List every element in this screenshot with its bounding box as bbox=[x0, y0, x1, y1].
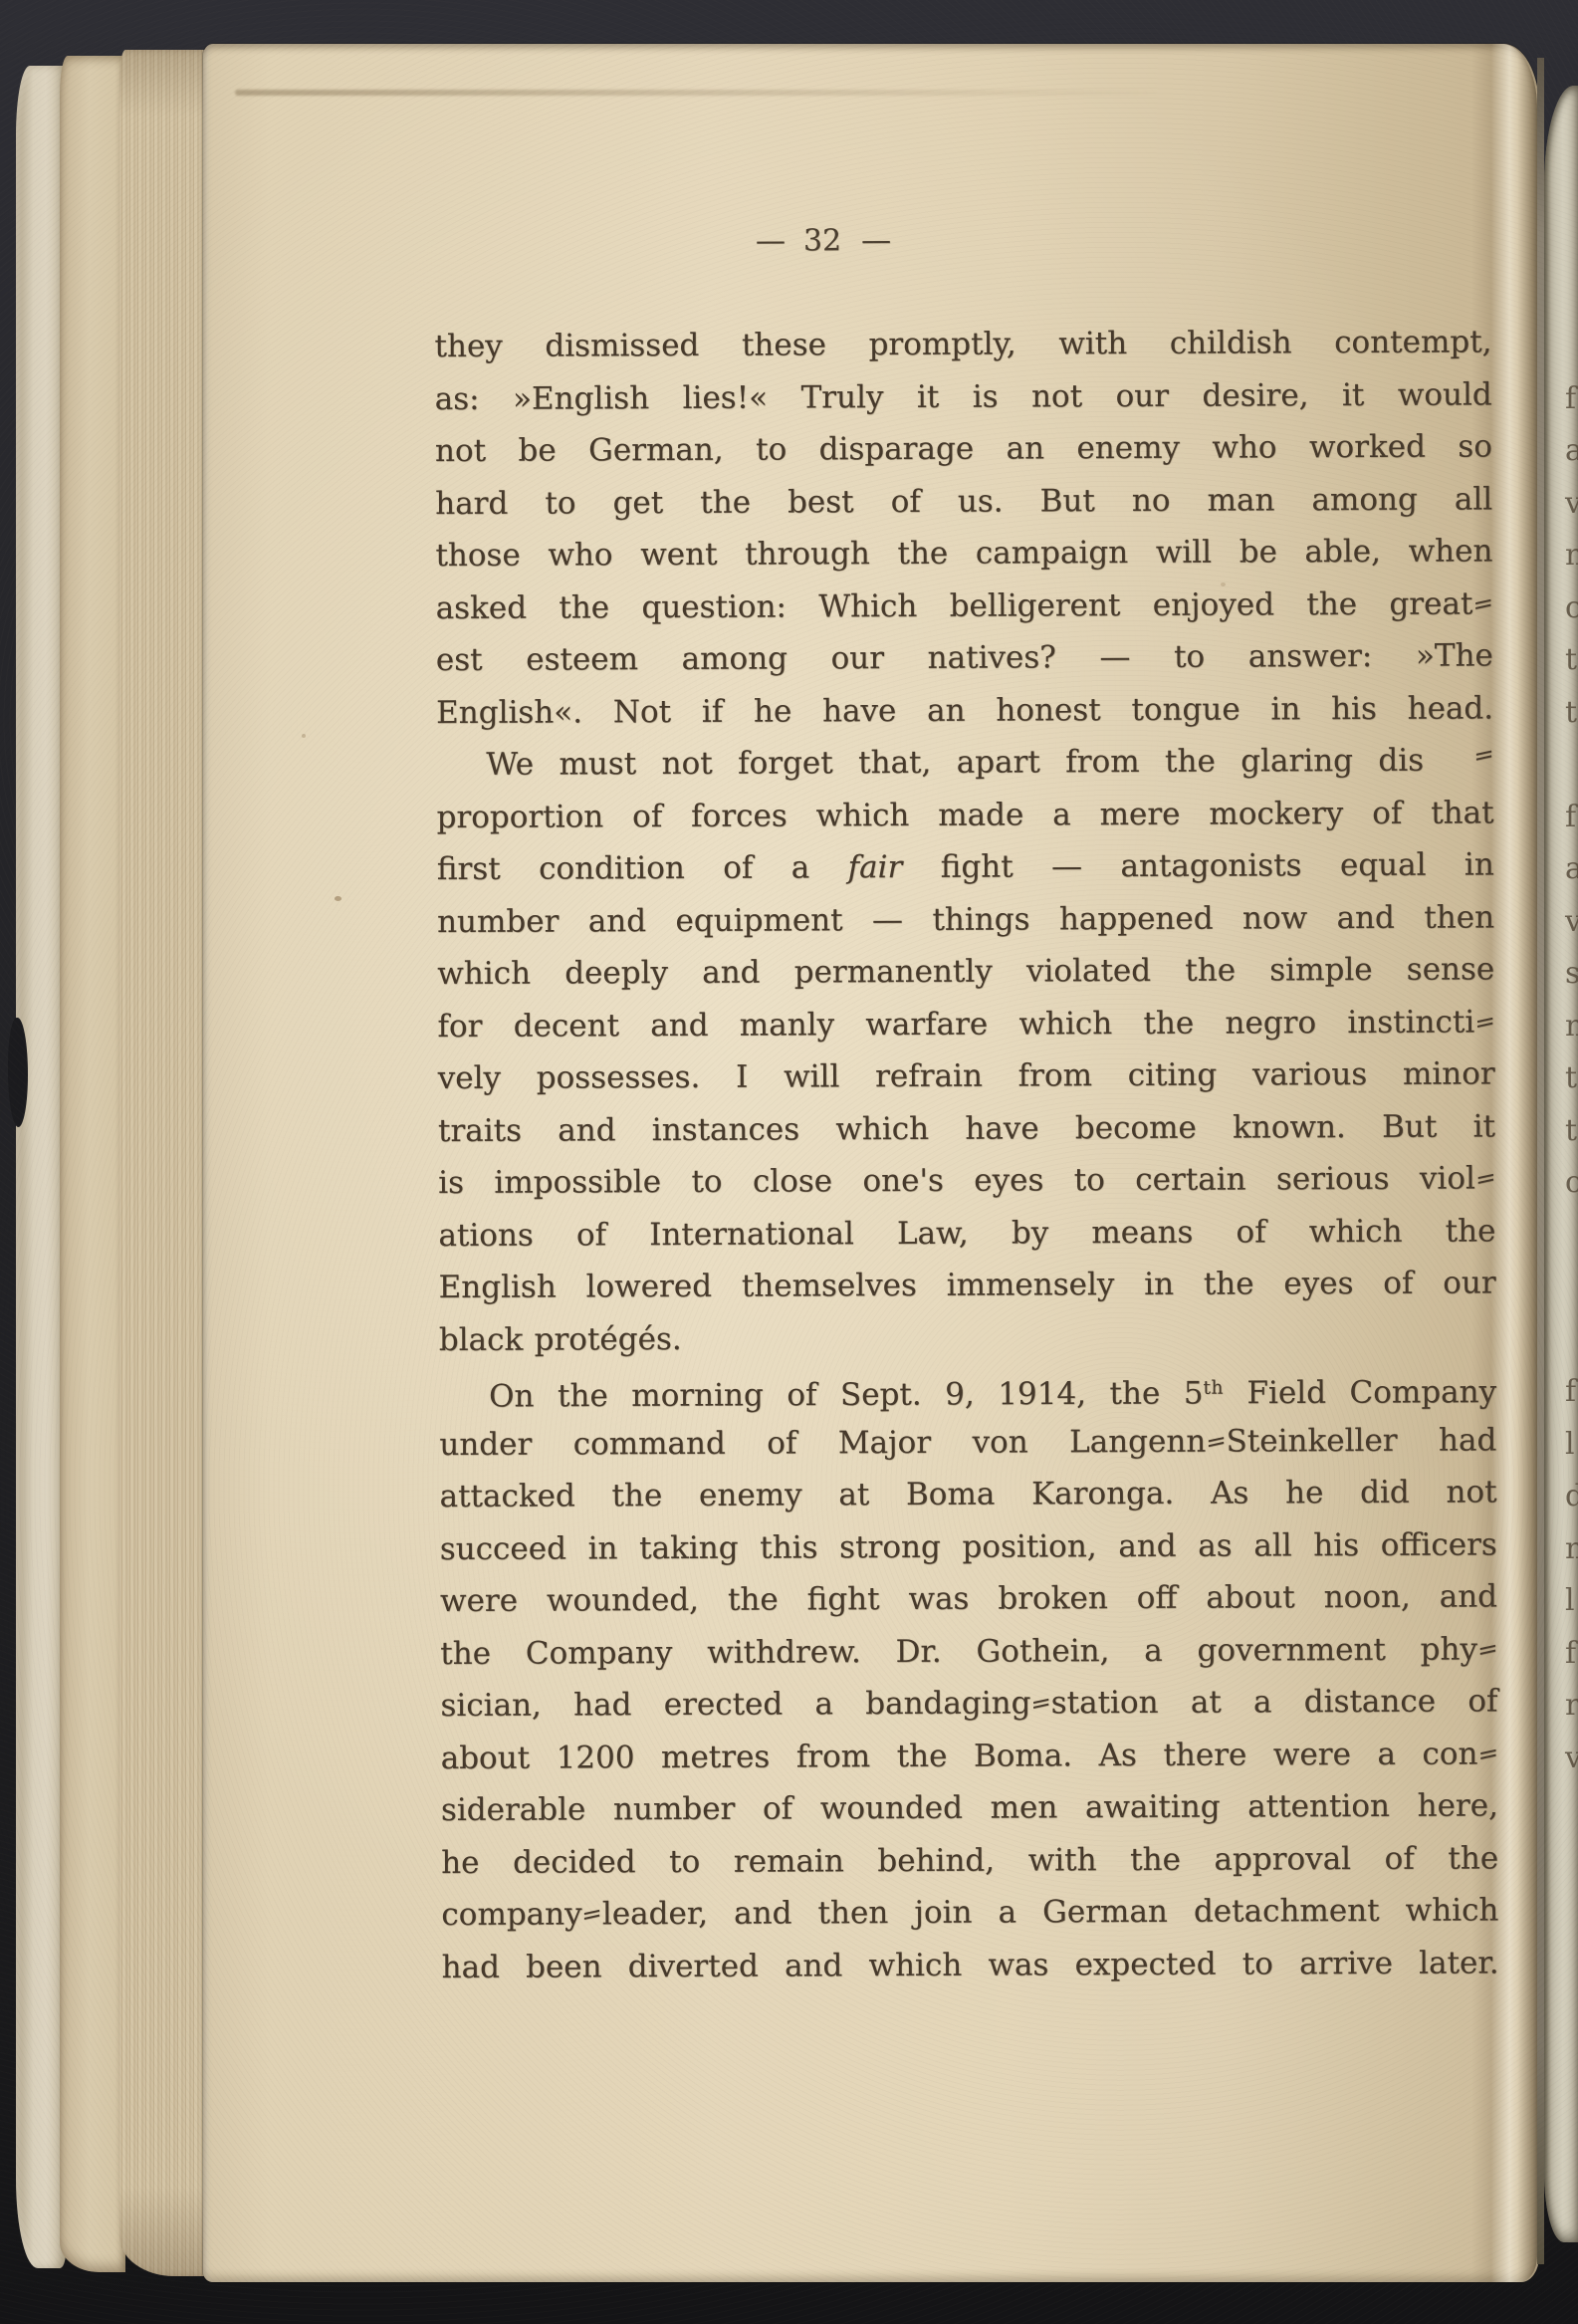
text-line: black protégés. bbox=[439, 1309, 1496, 1366]
text-line: We must not forget that, apart from the … bbox=[436, 734, 1493, 791]
text-line: proportion of forces which made a mere m… bbox=[436, 787, 1493, 843]
double-oblique-hyphen: = bbox=[582, 1900, 602, 1929]
text-line: asked the question: Which belligerent en… bbox=[436, 578, 1493, 634]
text-line: is impossible to close one's eyes to cer… bbox=[438, 1152, 1495, 1209]
double-oblique-hyphen: = bbox=[1030, 1689, 1050, 1718]
page-number: —32— bbox=[434, 222, 1211, 260]
double-oblique-hyphen: = bbox=[1424, 741, 1493, 780]
text-line: number and equipment — things happened n… bbox=[437, 891, 1494, 948]
text-line: those who went through the campaign will… bbox=[435, 525, 1492, 581]
scanned-book-photo: { "page": { "number": "32", "dash_left":… bbox=[0, 0, 1578, 2324]
text-line: English«. Not if he have an honest tongu… bbox=[436, 682, 1493, 739]
text-line: On the morning of Sept. 9, 1914, the 5th… bbox=[439, 1361, 1496, 1418]
italic-word: fair bbox=[848, 849, 903, 885]
double-oblique-hyphen: = bbox=[1472, 589, 1492, 618]
text-line: siderable number of wounded men awaiting… bbox=[441, 1779, 1498, 1836]
body-text-block: they dismissed these promptly, with chil… bbox=[434, 316, 1498, 1993]
double-oblique-hyphen: = bbox=[1206, 1427, 1226, 1456]
text-line: traits and instances which have become k… bbox=[438, 1100, 1495, 1157]
text-line: hard to get the best of us. But no man a… bbox=[435, 473, 1492, 530]
text-line: had been diverted and which was expected… bbox=[441, 1937, 1498, 1993]
text-line: succeed in taking this strong position, … bbox=[440, 1518, 1497, 1575]
text-line: est esteem among our natives? — to answe… bbox=[436, 629, 1493, 686]
superscript-ordinal: th bbox=[1203, 1378, 1224, 1399]
double-oblique-hyphen: = bbox=[1477, 1740, 1497, 1768]
text-line: they dismissed these promptly, with chil… bbox=[434, 316, 1491, 372]
text-line: about 1200 metres from the Boma. As ther… bbox=[441, 1728, 1498, 1784]
text-line: which deeply and permanently violated th… bbox=[437, 943, 1494, 1000]
double-oblique-hyphen: = bbox=[1477, 1635, 1497, 1664]
text-line: English lowered themselves immensely in … bbox=[439, 1257, 1496, 1313]
page-number-value: 32 bbox=[803, 223, 841, 258]
text-line: company=leader, and then join a German d… bbox=[441, 1884, 1498, 1941]
printed-page-content: —32— they dismissed these promptly, with… bbox=[0, 0, 1578, 2324]
text-line: sician, had erected a bandaging=station … bbox=[440, 1675, 1497, 1732]
text-line: as: »English lies!« Truly it is not our … bbox=[435, 368, 1492, 425]
text-line: first condition of a fair fight — antago… bbox=[437, 838, 1494, 895]
page-number-dash-left: — bbox=[756, 224, 784, 259]
text-line: attacked the enemy at Boma Karonga. As h… bbox=[439, 1466, 1496, 1522]
text-line: were wounded, the fight was broken off a… bbox=[440, 1570, 1497, 1627]
text-line: he decided to remain behind, with the ap… bbox=[441, 1832, 1498, 1889]
text-line: not be German, to disparage an enemy who… bbox=[435, 420, 1492, 477]
double-oblique-hyphen: = bbox=[1474, 1008, 1494, 1037]
text-line: under command of Major von Langenn=Stein… bbox=[439, 1414, 1496, 1471]
text-line: ations of International Law, by means of… bbox=[438, 1205, 1495, 1262]
page-number-dash-right: — bbox=[861, 223, 889, 258]
text-line: the Company withdrew. Dr. Gothein, a gov… bbox=[440, 1623, 1497, 1680]
double-oblique-hyphen: = bbox=[1475, 1164, 1495, 1193]
text-line: for decent and manly warfare which the n… bbox=[437, 996, 1494, 1052]
text-line: vely possesses. I will refrain from citi… bbox=[438, 1047, 1495, 1104]
